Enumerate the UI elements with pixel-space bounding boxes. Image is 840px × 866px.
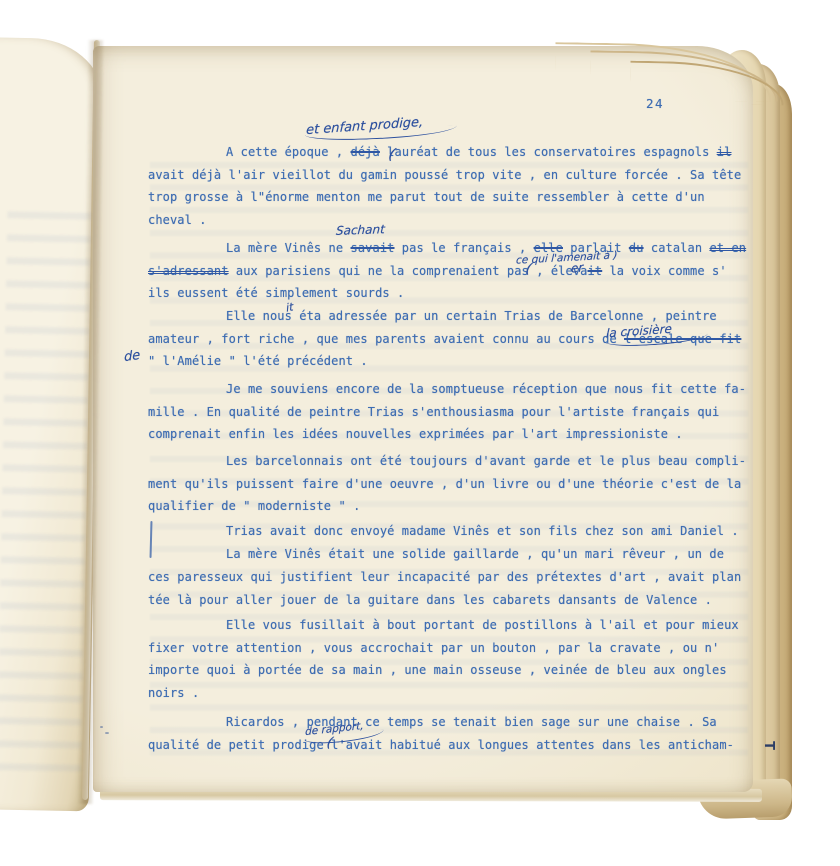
handwritten-ink-layer: T et enfant prodige,(Sachantce qui l'ame…: [0, 0, 840, 866]
foredge-mark: T: [761, 741, 776, 750]
handwritten-overwrite-er: er: [571, 260, 583, 275]
ink-speck: [105, 732, 109, 734]
handwritten-margin-de: de: [124, 348, 141, 365]
handwritten-overwrite-it: it: [285, 300, 294, 315]
handwritten-sachant: Sachant: [336, 222, 386, 238]
handwritten-paren-laureat: (: [387, 145, 397, 163]
manuscript-photo: 24 A cette époque , déjà lauréat de tous…: [0, 0, 840, 866]
margin-line-mark: [150, 521, 153, 558]
ink-speck: [100, 726, 103, 728]
